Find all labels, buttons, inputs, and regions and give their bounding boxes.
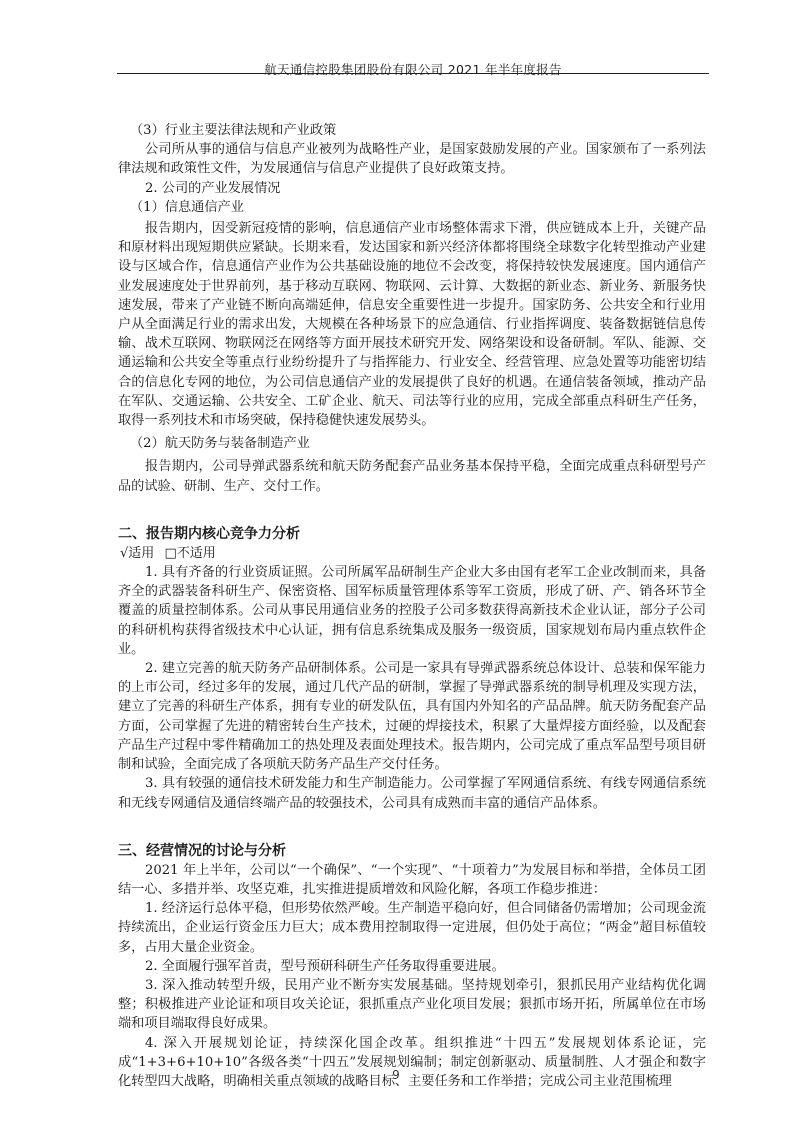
paragraph-telecom-capability: 3. 具有较强的通信技术研发能力和生产制造能力。公司掌握了军网通信系统、有线专网… <box>118 774 706 812</box>
checkbox-empty-icon: □ <box>164 546 176 561</box>
subsection-heading-telecom: （1）信息通信产业 <box>118 198 706 217</box>
paragraph-laws: 公司所从事的通信与信息产业被列为战略性产业，是国家鼓励发展的产业。国家颁布了一系… <box>118 140 706 178</box>
paragraph-transformation: 3. 深入推动转型升级，民用产业不断夯实发展基础。坚持规划牵引，狠抓民用产业结构… <box>118 976 706 1034</box>
paragraph-military: 2. 全面履行强军首责，型号预研科研生产任务取得重要进展。 <box>118 957 706 976</box>
spacer <box>118 813 706 841</box>
section-heading-competitiveness: 二、报告期内核心竞争力分析 <box>118 524 706 544</box>
applicable-option[interactable]: √适用 <box>120 546 154 561</box>
section-heading-operations: 三、经营情况的讨论与分析 <box>118 841 706 861</box>
page-body: （3）行业主要法律法规和产业政策 公司所从事的通信与信息产业被列为战略性产业，是… <box>118 121 706 1091</box>
paragraph-rd-system: 2. 建立完善的航天防务产品研制体系。公司是一家具有导弹武器系统总体设计、总装和… <box>118 659 706 774</box>
paragraph-economy: 1. 经济运行总体平稳，但形势依然严峻。生产制造平稳向好，但合同储备仍需增加；公… <box>118 899 706 957</box>
paragraph-telecom: 报告期内，因受新冠疫情的影响，信息通信产业市场整体需求下滑，供应链成本上升，关键… <box>118 219 706 430</box>
subsection-heading-industry: 2. 公司的产业发展情况 <box>118 179 706 198</box>
paragraph-overview: 2021 年上半年，公司以“一个确保”、“一个实现”、“十项着力”为发展目标和举… <box>118 861 706 899</box>
spacer <box>118 496 706 524</box>
paragraph-planning: 4. 深入开展规划论证，持续深化国企改革。组织推进“十四五”发展规划体系论证，完… <box>118 1034 706 1092</box>
header-rule <box>117 73 709 74</box>
paragraph-aerospace: 报告期内，公司导弹武器系统和航天防务配套产品业务基本保持平稳，全面完成重点科研型… <box>118 457 706 495</box>
subsection-heading-laws: （3）行业主要法律法规和产业政策 <box>118 121 706 140</box>
applicability-options: √适用 □不适用 <box>118 544 706 563</box>
not-applicable-option[interactable]: □不适用 <box>164 546 215 561</box>
page-number: 9 <box>386 1068 406 1082</box>
running-header: 航天通信控股集团股份有限公司 2021 年半年度报告 <box>117 60 709 78</box>
paragraph-qualifications: 1. 具有齐备的行业资质证照。公司所属军品研制生产企业大多由国有老军工企业改制而… <box>118 563 706 659</box>
subsection-heading-aerospace: （2）航天防务与装备制造产业 <box>118 434 706 453</box>
